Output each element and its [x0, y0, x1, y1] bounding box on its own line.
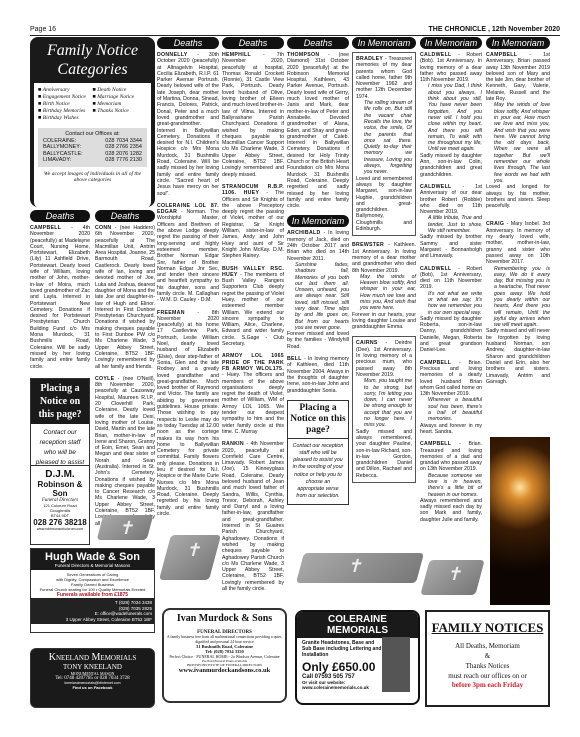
kneeland-ad: Kneeland Memorials TONY KNEELAND MONUMEN…	[30, 648, 155, 708]
deaths-header: Deaths	[95, 210, 155, 222]
facebook-link[interactable]: Find us on Facebook	[31, 685, 154, 690]
memoriam-column-8: In Memoriam CAMPBELL - 1st Anniversary, …	[486, 37, 550, 391]
accept-images-note: We accept images of individuals in all o…	[38, 171, 147, 183]
deaths-column-4: Deaths HEMPHILL - 7th November 2020, pea…	[222, 37, 284, 598]
deaths-column-2: Deaths CONN - (nee Haddero) 6th November…	[95, 210, 155, 533]
bible-icon	[97, 515, 154, 540]
deaths-header: Deaths	[157, 37, 219, 49]
hugh-wade-ad: Hugh Wade & Son Funeral Directors & Memo…	[30, 548, 155, 633]
memoriam-header: In Memoriam	[352, 37, 416, 49]
category-list: AnniversaryDeath Notice Engagement Notic…	[38, 87, 147, 122]
categories-title: Family NoticeCategories	[34, 41, 151, 79]
deaths-column-1: Deaths CAMPBELL - 4th November 2020 (pea…	[30, 210, 90, 503]
deaths-header: Deaths	[287, 37, 349, 49]
memoriam-column-6: In Memoriam BRADLEY - Treasured memories…	[352, 37, 416, 489]
memoriam-column-7: In Memoriam CALDWELL - Robert (Bob). 1st…	[420, 37, 482, 529]
masthead: THE CHRONICLE , 12th November 2020	[429, 26, 560, 33]
memoriam-header: In Memoriam	[287, 215, 349, 227]
page-header: Page 16 THE CHRONICLE , 12th November 20…	[30, 24, 560, 36]
placing-notice-box-2: Placing a Notice on this page? Contact o…	[287, 400, 349, 506]
bible-icon	[296, 553, 424, 583]
bible-icon	[420, 560, 484, 595]
family-notices-deadline-ad: FAMILY NOTICES All Deaths, Memoriam&Than…	[425, 610, 550, 707]
headstone-icon	[382, 637, 410, 692]
death-notice: CAMPBELL - 4th November 2020 (peacefully…	[30, 225, 90, 370]
page-number: Page 16	[30, 26, 56, 33]
deadline-text: before 3pm each Friday	[427, 681, 548, 689]
bible-icon	[159, 535, 221, 580]
murdock-website-link[interactable]: www.ivanmurdockandsons.co.uk	[164, 667, 285, 674]
death-notice: CONN - (nee Haddero) 6th November 2020, …	[95, 225, 155, 370]
coleraine-memorials-ad: COLERAINE MEMORIALS Granite Headstones, …	[295, 610, 420, 705]
memoriam-header: In Memoriam	[486, 37, 550, 49]
deaths-column-3: Deaths DONNELLY - 30th October 2020 (pea…	[157, 37, 219, 523]
deaths-header: Deaths	[222, 37, 284, 49]
contact-offices: Contact our Offices at: COLERAINE:028 70…	[38, 128, 147, 167]
ivan-murdock-ad: Ivan Murdock & Sons FUNERAL DIRECTORS A …	[162, 608, 287, 703]
robinson-ad: D.J.M. Robinson & Son Funeral Directors …	[30, 465, 90, 545]
categories-box: Family NoticeCategories AnniversaryDeath…	[30, 37, 155, 207]
death-notice: COYLE - (nee O'Neill), 8th November 2020…	[95, 376, 155, 527]
candle-image	[490, 437, 550, 605]
deaths-header: Deaths	[30, 210, 90, 222]
deaths-memoriam-column-5: Deaths THOMPSON - (nee Diamond) 31st Oct…	[287, 37, 349, 505]
memoriam-header: In Memoriam	[420, 37, 482, 49]
